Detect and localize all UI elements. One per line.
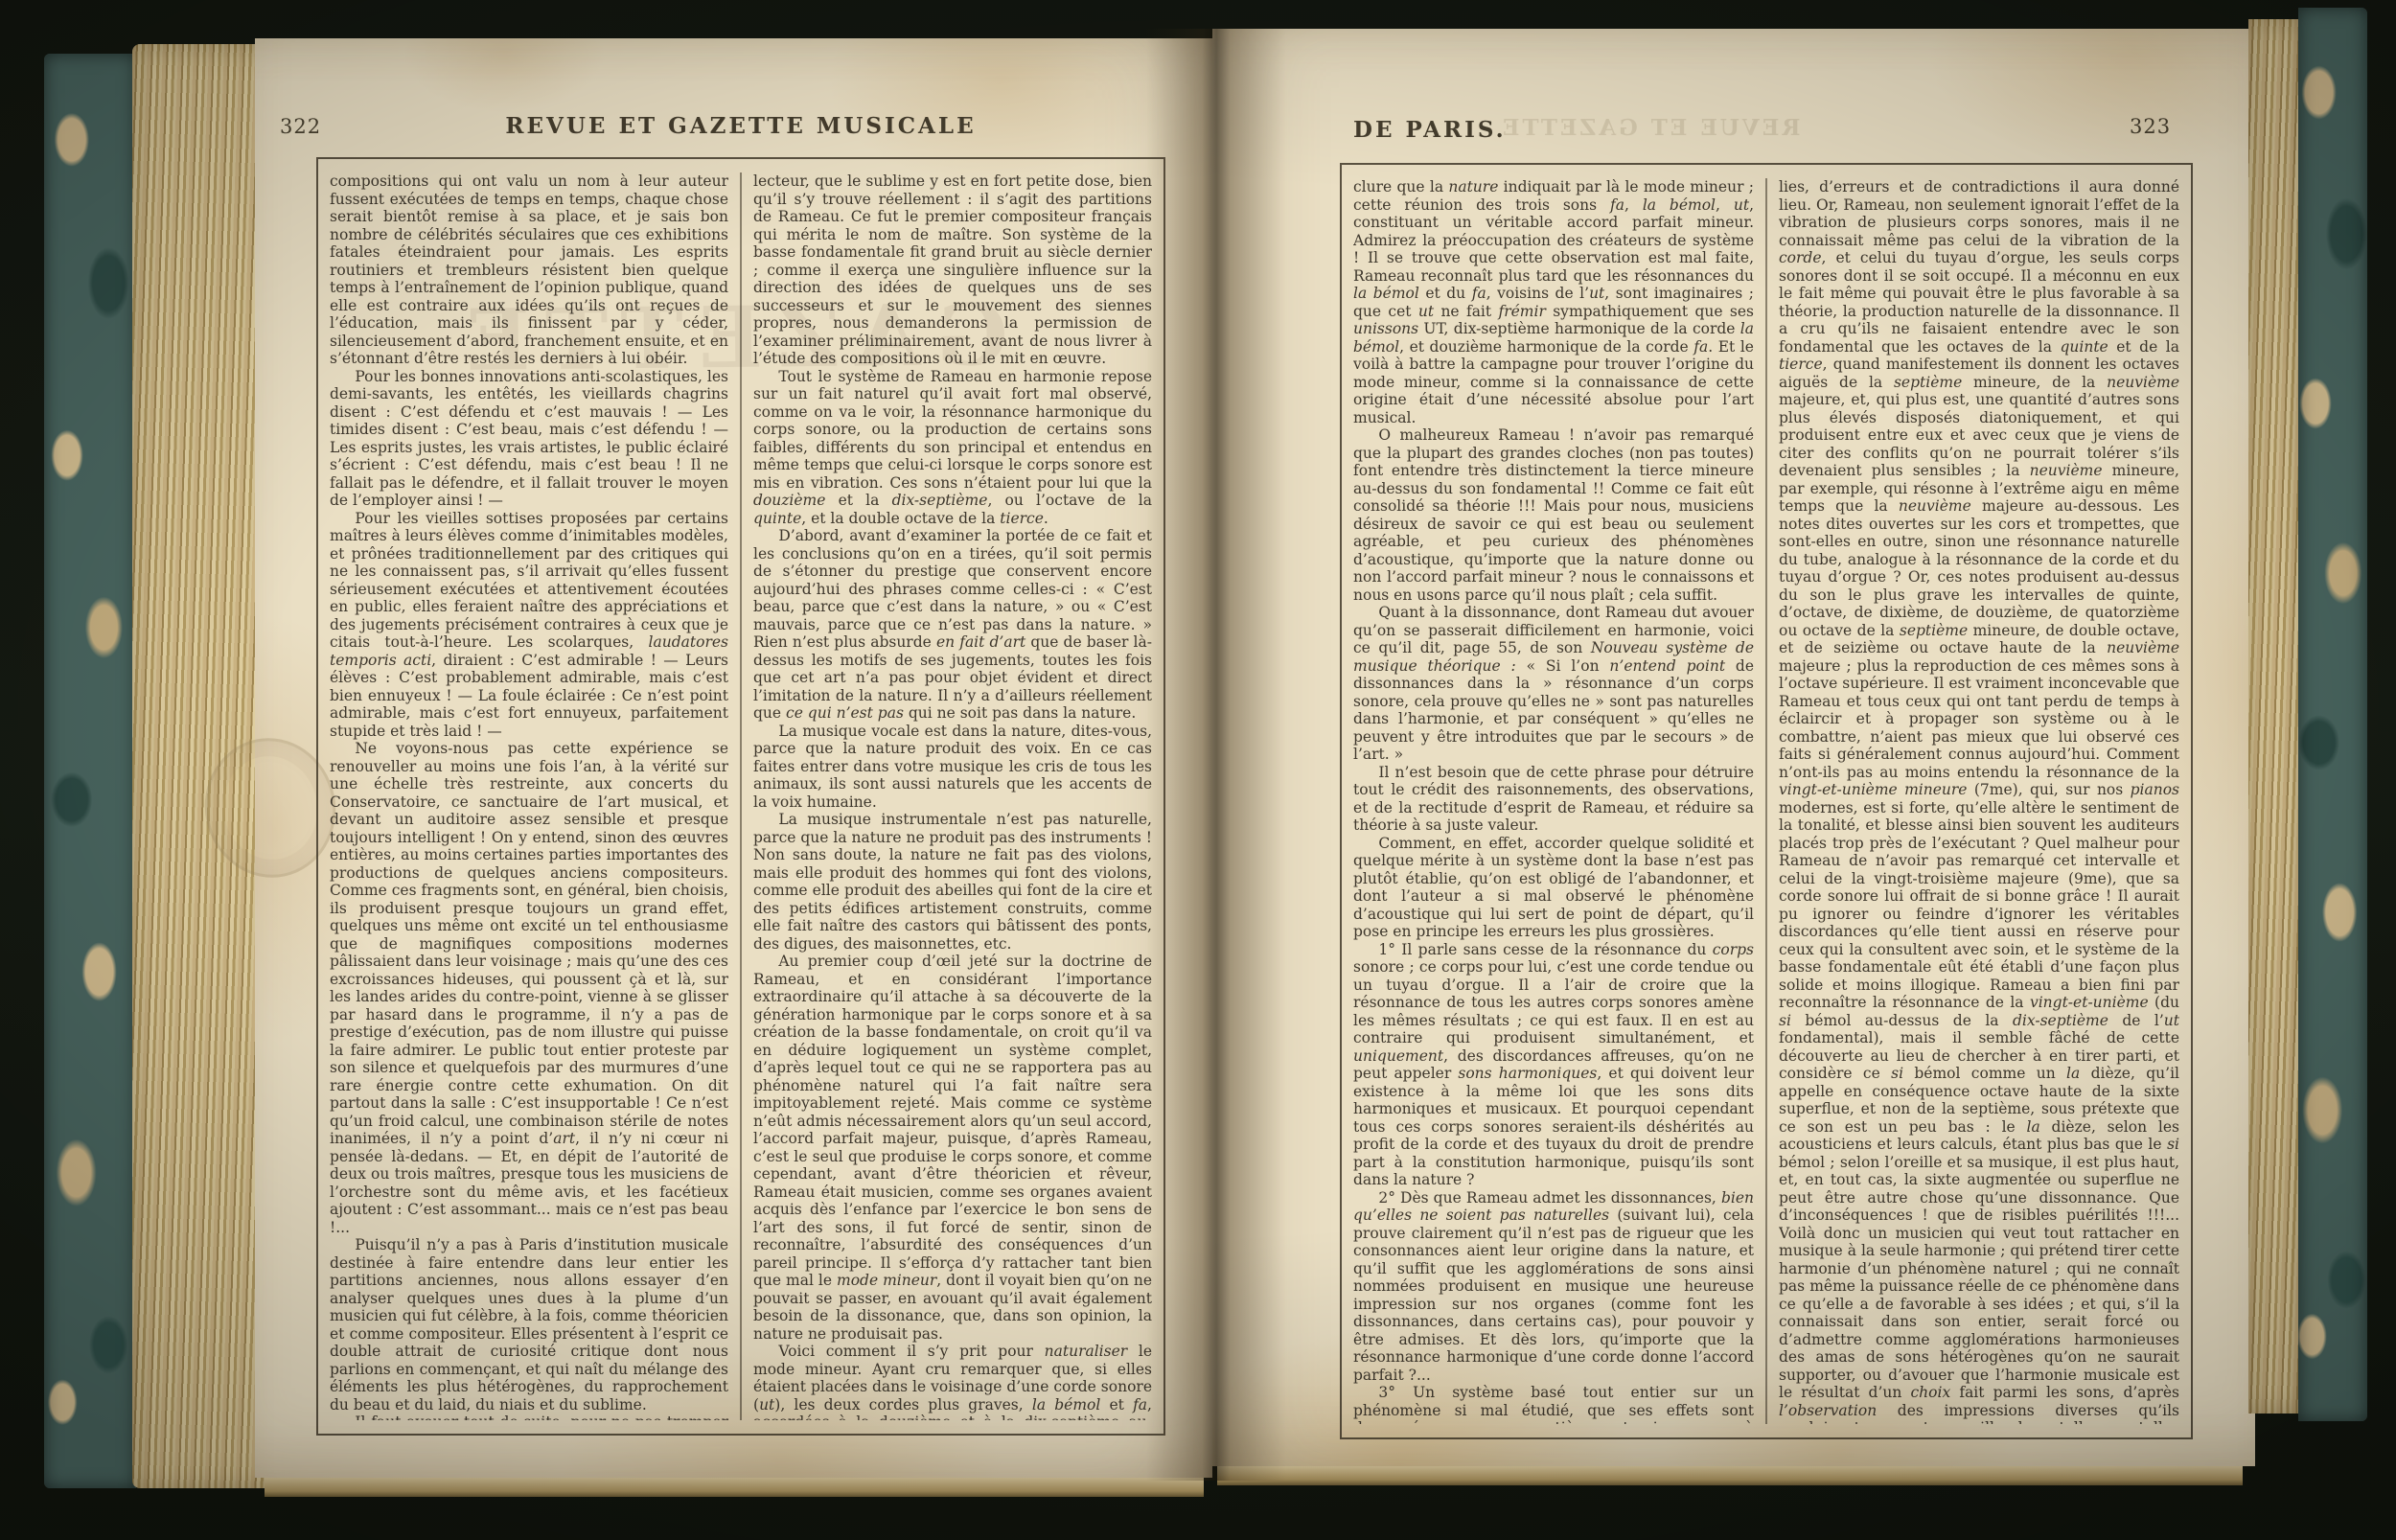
paragraph: clure que la nature indiquait par là le … [1353,178,1754,426]
paragraph: Pour les bonnes innovations anti-scolast… [330,368,728,510]
paragraph: 2° Dès que Rameau admet les dissonnances… [1353,1189,1754,1385]
paragraph: 1° Il parle sans cesse de la résonnance … [1353,941,1754,1189]
page-bottom-edge-left [265,1478,1204,1497]
paragraph: Puisqu’il n’y a pas à Paris d’institutio… [330,1236,728,1414]
text-column: compositions qui ont valu un nom à leur … [330,172,728,1420]
paragraph: compositions qui ont valu un nom à leur … [330,172,728,368]
paragraph: Il n’est besoin que de cette phrase pour… [1353,764,1754,835]
paragraph: O malheureux Rameau ! n’avoir pas remarq… [1353,426,1754,604]
paragraph: D’abord, avant d’examiner la portée de c… [753,527,1152,723]
page-edges-right [2248,19,2304,1414]
paragraph: Il faut avouer tout de suite, pour ne pa… [330,1414,728,1420]
paragraph: 3° Un système basé tout entier sur un ph… [1353,1384,1754,1424]
marbled-board-edge-right [2298,8,2367,1421]
paragraph: Voici comment il s’y prit pour naturalis… [753,1343,1152,1420]
page-bottom-edge-right [1217,1466,2243,1485]
column-rule [740,172,742,1420]
column-rule [1765,178,1767,1424]
running-title-right: DE PARIS. [1353,117,1507,143]
page-number-left: 322 [280,115,321,138]
running-title-left: REVUE ET GAZETTE MUSICALE [316,113,1165,139]
paragraph: Comment, en effet, accorder quelque soli… [1353,835,1754,941]
text-frame-right: clure que la nature indiquait par là le … [1340,163,2193,1439]
text-column: lies, d’erreurs et de contradictions il … [1779,178,2179,1424]
paragraph: La musique vocale est dans la nature, di… [753,723,1152,812]
marbled-board-edge-left [44,54,136,1488]
book-photograph: GAZETTE 322 REVUE ET GAZETTE MUSICALE DE… [0,0,2396,1540]
paragraph: Au premier coup d’œil jeté sur la doctri… [753,953,1152,1343]
paragraph: Tout le système de Rameau en harmonie re… [753,368,1152,528]
paragraph: Ne voyons-nous pas cette expérience se r… [330,740,728,1236]
text-column: lecteur, que le sublime y est en fort pe… [753,172,1152,1420]
paragraph: lies, d’erreurs et de contradictions il … [1779,178,2179,1424]
paragraph: Pour les vieilles sottises proposées par… [330,510,728,741]
page-number-right: 323 [2130,115,2171,138]
text-frame-left: compositions qui ont valu un nom à leur … [316,157,1165,1436]
text-column: clure que la nature indiquait par là le … [1353,178,1754,1424]
paragraph: La musique instrumentale n’est pas natur… [753,811,1152,953]
paragraph: Quant à la dissonnance, dont Rameau dut … [1353,604,1754,764]
show-through-title: REVUE ET GAZETTE [1500,115,1801,141]
paragraph: lecteur, que le sublime y est en fort pe… [753,172,1152,368]
